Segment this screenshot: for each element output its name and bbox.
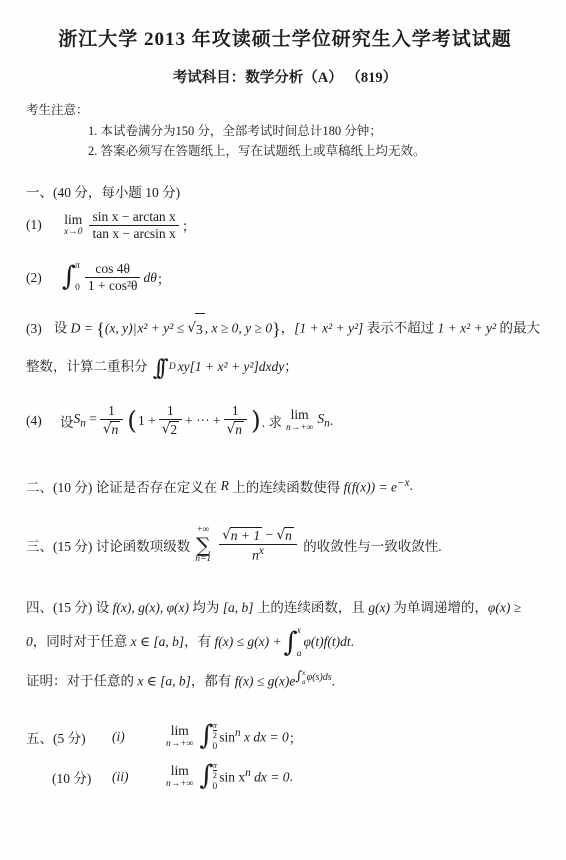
section5: 五、(5 分) (i) lim n→+∞ ∫ π2 0 sinn x dx = …: [26, 721, 544, 793]
exam-paper-page: 浙江大学 2013 年攻读硕士学位研究生入学考试试题 考试科目：数学分析（A） …: [0, 0, 566, 860]
integral-sign: ∫: [284, 632, 298, 655]
cn-text: 设: [92, 600, 112, 615]
lim-subscript: x→0: [64, 228, 82, 238]
numerator: cos 4θ: [85, 261, 141, 277]
integral-sign: ∫: [199, 725, 213, 748]
cn-text: ，: [281, 321, 295, 336]
denominator: √n: [100, 419, 123, 438]
section3: 三、(15 分) 讨论函数项级数 +∞ ∑ n=1 √n + 1 − √n nx…: [26, 526, 544, 565]
exam-subject: 考试科目：数学分析（A） （819）: [26, 66, 544, 87]
exponent-integral: ∫xaφ(s)ds: [295, 672, 331, 683]
punctuation: .: [330, 413, 333, 429]
integral-operator: ∫ π2 0: [199, 721, 217, 753]
upper-limit: π: [75, 262, 80, 272]
notice-item-2: 2. 答案必须写在答题纸上，写在试题纸上或草稿纸上均无效。: [26, 141, 544, 161]
math-text: xy[1 + x² + y²]dxdy: [178, 359, 285, 374]
cn-text: 的收敛性与一致收敛性.: [303, 535, 441, 555]
question-2-label: (2): [26, 270, 60, 286]
cn-text: ，有: [184, 634, 214, 649]
math-text: 1 +: [138, 413, 156, 429]
numerator: sin x − arctan x: [89, 209, 178, 225]
lim-text: lim: [64, 213, 82, 227]
section5-heading: 五、(5 分): [26, 727, 112, 747]
integral-limits: xa: [297, 627, 302, 659]
punctuation: .: [410, 478, 413, 494]
math-text: 1 + x² + y²: [438, 321, 497, 336]
cn-text: 为单调递增的，: [390, 600, 488, 615]
integral-sign: ∫: [199, 765, 213, 788]
section5-item-2: (10 分) (ii) lim n→+∞ ∫ π2 0 sin xn dx = …: [26, 761, 544, 793]
double-integral-operator: ∫∫D: [153, 356, 176, 378]
section2-heading: 二、(10 分): [26, 476, 92, 496]
limit-operator: lim x→0: [64, 213, 82, 238]
lim-subscript: n→+∞: [166, 740, 193, 750]
math-text: Sn =: [74, 411, 97, 430]
math-text: + ··· +: [185, 413, 220, 429]
punctuation: ；: [182, 215, 196, 235]
fraction: cos 4θ 1 + cos²θ: [85, 261, 141, 294]
left-paren: (: [127, 411, 137, 431]
math-text: f(x), g(x), φ(x): [113, 600, 189, 615]
integral-limits: π 0: [75, 262, 80, 294]
cn-text: 上的连续函数使得: [229, 476, 344, 496]
lim-text: lim: [171, 724, 189, 738]
punctuation: .: [290, 769, 293, 785]
math-text: g(x): [368, 600, 390, 615]
numerator: 1: [224, 403, 247, 419]
math-text: f(f(x)) = e−x: [344, 477, 410, 496]
cn-text: 证明：对于任意的: [26, 673, 137, 688]
notice-heading: 考生注意：: [26, 100, 544, 118]
math-text: φ(t)f(t)dt: [303, 634, 350, 649]
question-3: (3)设 D = {(x, y)|x² + y² ≤ √3, x ≥ 0, y …: [26, 308, 544, 382]
section4-proof-line: 证明：对于任意的 x ∈ [a, b]，都有 f(x) ≤ g(x)e∫xaφ(…: [26, 660, 544, 699]
integral-limits: π2 0: [213, 721, 218, 753]
math-text: , x ≥ 0, y ≥ 0: [205, 321, 272, 336]
domain-subscript: D: [169, 356, 176, 378]
cn-text: 论证是否存在定义在: [92, 476, 220, 496]
left-brace: {: [96, 319, 105, 339]
cn-text: 均为: [189, 600, 223, 615]
lower-limit: 0: [75, 284, 80, 294]
cn-text: 表示不超过: [363, 321, 437, 336]
notice-block: 考生注意： 1. 本试卷满分为150 分，全部考试时间总计180 分钟； 2. …: [26, 100, 544, 162]
math-text: R: [221, 478, 229, 494]
limit-operator: lim n→+∞: [286, 408, 313, 433]
cn-text: ，都有: [191, 673, 235, 688]
lim-text: lim: [171, 764, 189, 778]
double-integral-sign: ∫∫: [153, 359, 169, 379]
denominator: tan x − arcsin x: [89, 225, 178, 242]
upper-limit-fraction: π2: [213, 721, 218, 741]
fraction: 1 √n: [100, 403, 123, 438]
fraction: sin x − arctan x tan x − arcsin x: [89, 209, 178, 242]
fraction: √n + 1 − √n nx: [219, 527, 297, 564]
cn-text: 上的连续函数，且: [254, 600, 369, 615]
question-4-label: (4): [26, 413, 60, 429]
lim-subscript: n→+∞: [286, 424, 313, 434]
punctuation: .: [332, 673, 335, 688]
differential: dθ: [143, 270, 156, 286]
cn-text: . 求: [262, 411, 282, 431]
question-1-label: (1): [26, 217, 60, 233]
math-text: sinn x dx = 0: [219, 727, 288, 746]
cn-text: 设: [60, 411, 74, 431]
right-brace: }: [272, 319, 281, 339]
integral-operator: ∫xa: [284, 627, 302, 659]
radical: √3: [187, 313, 204, 346]
math-text: x² + y² ≤: [137, 321, 187, 336]
lower-limit: 0: [213, 783, 218, 793]
lim-subscript: n→+∞: [166, 780, 193, 790]
page-title: 浙江大学 2013 年攻读硕士学位研究生入学考试试题: [26, 24, 544, 51]
punctuation: ；: [284, 359, 298, 374]
math-text: sin xn dx = 0: [219, 767, 289, 786]
right-paren: ): [251, 411, 261, 431]
math-text: Sn: [317, 411, 329, 430]
numerator: 1: [159, 403, 182, 419]
upper-limit-fraction: π2: [213, 761, 218, 781]
section4-paragraph: 四、(15 分) 设 f(x), g(x), φ(x) 均为 [a, b] 上的…: [26, 591, 544, 660]
math-text: f(x) ≤ g(x) +: [215, 634, 282, 649]
denominator: √2: [159, 419, 182, 438]
math-text: [1 + x² + y²]: [294, 321, 363, 336]
sum-lower: n=1: [195, 555, 211, 565]
item-ii-label: (ii): [112, 769, 162, 785]
cn-text: ，同时对于任意: [33, 634, 131, 649]
question-2: (2) ∫ π 0 cos 4θ 1 + cos²θ dθ ；: [26, 261, 544, 294]
integral-operator: ∫ π2 0: [199, 761, 217, 793]
math-text: (x, y): [105, 321, 133, 336]
denominator: √n: [224, 419, 247, 438]
math-text: x ∈ [a, b]: [137, 673, 191, 688]
item-2-points: (10 分): [26, 767, 112, 787]
section2: 二、(10 分) 论证是否存在定义在 R 上的连续函数使得 f(f(x)) = …: [26, 476, 544, 496]
section4-heading: 四、(15 分): [26, 600, 92, 615]
punctuation: ；: [157, 268, 171, 288]
math-text: f(x) ≤ g(x)e: [235, 673, 296, 688]
integral-sign: ∫: [62, 266, 76, 289]
fraction: 1 √2: [159, 403, 182, 438]
limit-operator: lim n→+∞: [166, 724, 193, 749]
question-4: (4) 设 Sn = 1 √n ( 1 + 1 √2 + ··· + 1 √n …: [26, 403, 544, 438]
numerator: 1: [100, 403, 123, 419]
denominator: nx: [219, 544, 297, 564]
integral-operator: ∫ π 0: [62, 262, 80, 294]
lower-limit: 0: [213, 743, 218, 753]
math-text: [a, b]: [223, 600, 254, 615]
fraction: 1 √n: [224, 403, 247, 438]
section1-heading: 一、(40 分，每小题 10 分): [26, 181, 544, 201]
question-3-label: (3): [26, 321, 42, 336]
math-text: x ∈ [a, b]: [131, 634, 185, 649]
integral-limits: π2 0: [213, 761, 218, 793]
denominator: 1 + cos²θ: [85, 277, 141, 294]
cn-text: 讨论函数项级数: [92, 535, 190, 555]
sum-sign: ∑: [196, 535, 210, 555]
lim-text: lim: [291, 408, 309, 422]
item-i-label: (i): [112, 729, 162, 745]
limit-operator: lim n→+∞: [166, 764, 193, 789]
punctuation: .: [351, 634, 354, 649]
section5-item-1: 五、(5 分) (i) lim n→+∞ ∫ π2 0 sinn x dx = …: [26, 721, 544, 753]
sum-operator: +∞ ∑ n=1: [195, 526, 211, 565]
section3-heading: 三、(15 分): [26, 535, 92, 555]
math-text: D =: [71, 321, 93, 336]
question-1: (1) lim x→0 sin x − arctan x tan x − arc…: [26, 209, 544, 242]
punctuation: ；: [289, 727, 303, 747]
notice-item-1: 1. 本试卷满分为150 分，全部考试时间总计180 分钟；: [26, 121, 544, 141]
numerator: √n + 1 − √n: [219, 527, 297, 545]
cn-text: 设: [54, 321, 71, 336]
radicand: 3: [195, 313, 205, 346]
